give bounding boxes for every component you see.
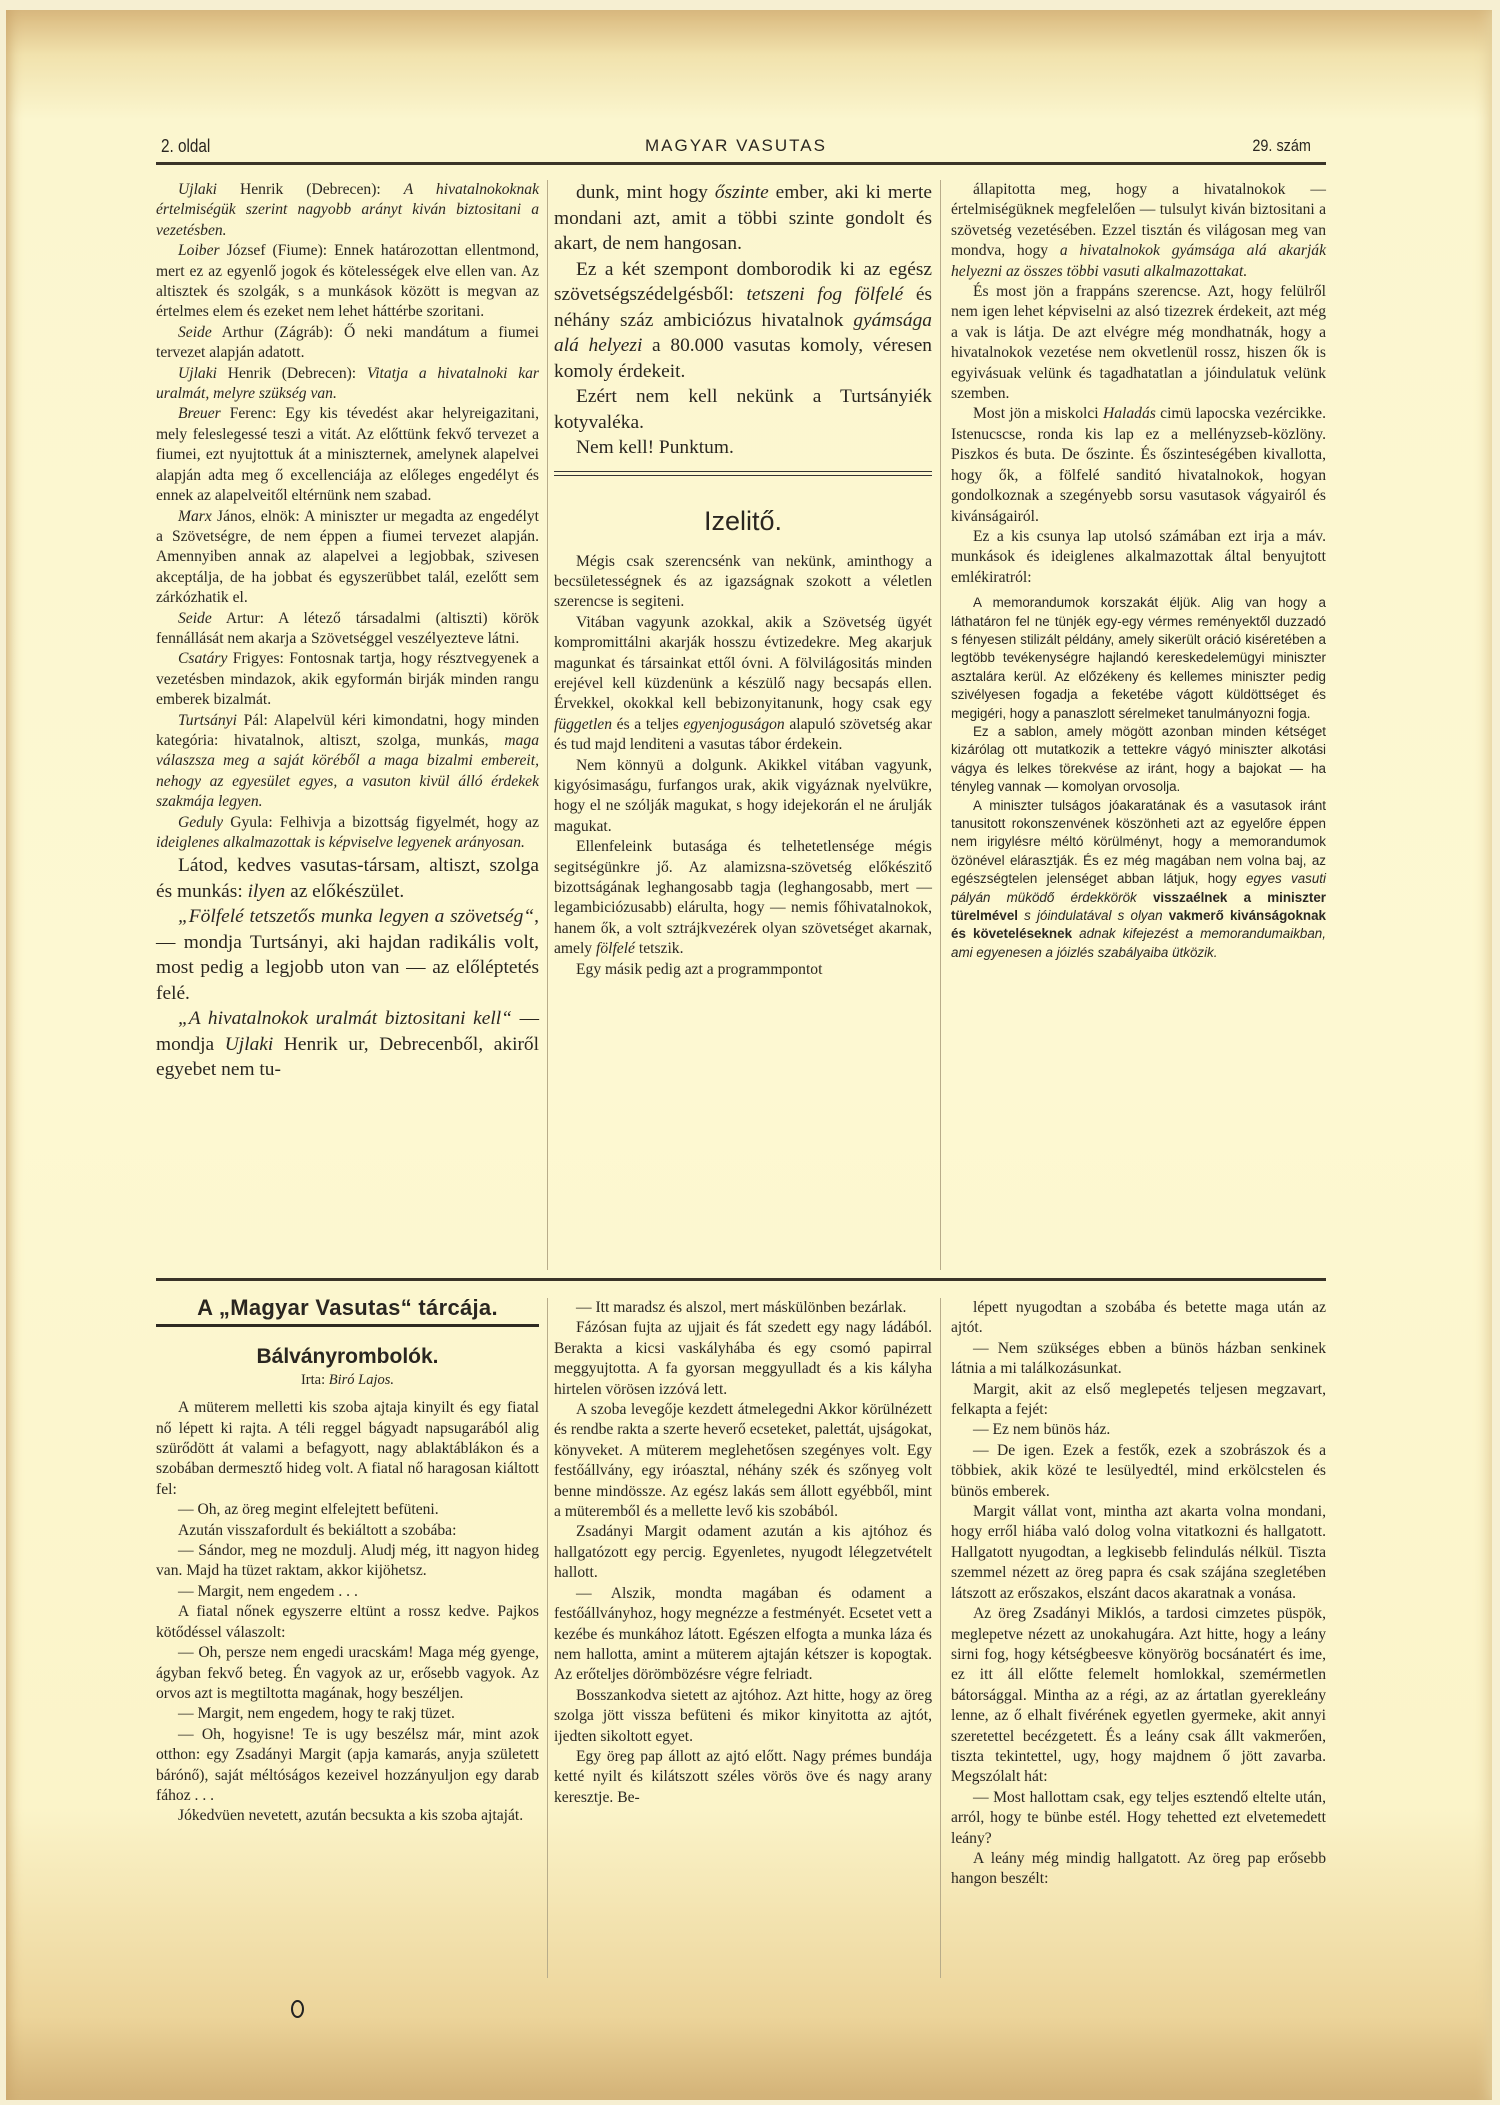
- story-paragraph: Fázósan fujta az ujjait és fát szedett e…: [554, 1318, 932, 1400]
- story-paragraph: — Itt maradsz és alszol, mert máskülönbe…: [554, 1298, 932, 1318]
- commentary-paragraph: Látod, kedves vasutas-társam, altiszt, s…: [156, 853, 539, 904]
- double-rule: [554, 471, 932, 476]
- story-paragraph: A müterem melletti kis szoba ajtaja kiny…: [156, 1398, 539, 1500]
- paragraph: Egy másik pedig azt a programmpontot: [554, 960, 932, 980]
- speaker-paragraph: Seide Artur: A létező társadalmi (altisz…: [156, 609, 539, 650]
- story-paragraph: A szoba levegője kezdett átmelegedni Akk…: [554, 1400, 932, 1522]
- speaker-name: Breuer: [178, 405, 221, 422]
- speaker-name: Ujlaki: [178, 181, 217, 198]
- story-paragraph: Margit, akit az első meglepetés teljesen…: [951, 1380, 1326, 1421]
- story-paragraph: — Oh, az öreg megint elfelejtett befüten…: [156, 1500, 539, 1520]
- speaker-name: Geduly: [178, 814, 223, 831]
- speaker-name: Marx: [178, 508, 212, 525]
- commentary-paragraph: „A hivatalnokok uralmát biztositani kell…: [156, 1006, 539, 1083]
- story-paragraph: — Ez nem bünös ház.: [951, 1420, 1326, 1440]
- speaker-name: Loiber: [178, 242, 220, 259]
- story-paragraph: — Margit, nem engedem . . .: [156, 1582, 539, 1602]
- story-paragraph: Bosszankodva sietett az ajtóhoz. Azt hit…: [554, 1686, 932, 1747]
- story-paragraph: A fiatal nőnek egyszerre eltünt a rossz …: [156, 1602, 539, 1643]
- speaker-paragraph: Marx János, elnök: A miniszter ur megadt…: [156, 507, 539, 609]
- speaker-name: Ujlaki: [178, 365, 217, 382]
- speaker-paragraph: Seide Arthur (Zágráb): Ő neki mandátum a…: [156, 323, 539, 364]
- speaker-paragraph: Ujlaki Henrik (Debrecen): A hivatalnokok…: [156, 180, 539, 241]
- story-paragraph: Jókedvüen nevetett, azután becsukta a ki…: [156, 1806, 539, 1826]
- paragraph: Ellenfeleink butasága és telhetetlensége…: [554, 837, 932, 959]
- speaker-name: Turtsányi: [178, 712, 237, 729]
- speaker-name: Seide: [178, 610, 212, 627]
- speaker-name: Seide: [178, 324, 212, 341]
- story-paragraph: Az öreg Zsadányi Miklós, a tardosi cimze…: [951, 1604, 1326, 1788]
- feuilleton-column-3: lépett nyugodtan a szobába és betette ma…: [951, 1298, 1326, 1890]
- commentary-paragraph: Nem kell! Punktum.: [554, 435, 932, 461]
- paragraph: állapitotta meg, hogy a hivatalnokok — é…: [951, 180, 1326, 282]
- feuilleton-rule: [156, 1324, 539, 1327]
- story-paragraph: — Most hallottam csak, egy teljes eszten…: [951, 1788, 1326, 1849]
- speaker-name: Csatáry: [178, 650, 227, 667]
- masthead: MAGYAR VASUTAS: [161, 136, 1311, 156]
- column-divider: [547, 1298, 548, 1978]
- paragraph: Vitában vagyunk azokkal, akik a Szövetsé…: [554, 613, 932, 756]
- speaker-paragraph: Geduly Gyula: Felhivja a bizottság figye…: [156, 813, 539, 854]
- feuilleton-column-1: A „Magyar Vasutas“ tárcája. Bálványrombo…: [156, 1298, 539, 1827]
- paragraph: Ez a kis csunya lap utolsó számában ezt …: [951, 527, 1326, 588]
- feuilleton-column-2: — Itt maradsz és alszol, mert máskülönbe…: [554, 1298, 932, 1808]
- story-paragraph: Zsadányi Margit odament azután a kis ajt…: [554, 1522, 932, 1583]
- commentary-paragraph: Ezért nem kell nekünk a Turtsányiék koty…: [554, 384, 932, 435]
- story-paragraph: Egy öreg pap állott az ajtó előtt. Nagy …: [554, 1747, 932, 1808]
- story-paragraph: — Oh, hogyisne! Te is ugy beszélsz már, …: [156, 1725, 539, 1807]
- story-paragraph: A leány még mindig hallgatott. Az öreg p…: [951, 1849, 1326, 1890]
- story-paragraph: Azután visszafordult és bekiáltott a szo…: [156, 1521, 539, 1541]
- quote-paragraph: A miniszter tulságos jóakaratának és a v…: [951, 797, 1326, 963]
- story-paragraph: — De igen. Ezek a festők, ezek a szobrás…: [951, 1441, 1326, 1502]
- story-paragraph: — Margit, nem engedem, hogy te rakj tüze…: [156, 1704, 539, 1724]
- story-paragraph: — Sándor, meg ne mozdulj. Aludj még, itt…: [156, 1541, 539, 1582]
- section-rule: [156, 1278, 1326, 1281]
- story-paragraph: — Alszik, mondta magában és odament a fe…: [554, 1584, 932, 1686]
- byline-author: Biró Lajos.: [329, 1372, 394, 1388]
- paragraph: És most jön a frappáns szerencse. Azt, h…: [951, 282, 1326, 404]
- byline: Irta: Biró Lajos.: [156, 1370, 539, 1390]
- story-paragraph: lépett nyugodtan a szobába és betette ma…: [951, 1298, 1326, 1339]
- column-divider: [547, 180, 548, 1270]
- column-divider: [940, 180, 941, 1270]
- quote-paragraph: A memorandumok korszakát éljük. Alig van…: [951, 594, 1326, 723]
- quoted-memorandum: A memorandumok korszakát éljük. Alig van…: [951, 594, 1326, 962]
- quote-paragraph: Ez a sablon, amely mögött azonban minden…: [951, 723, 1326, 797]
- speaker-paragraph: Ujlaki Henrik (Debrecen): Vitatja a hiva…: [156, 364, 539, 405]
- byline-label: Irta:: [301, 1372, 325, 1388]
- speaker-paragraph: Turtsányi Pál: Alapelvül kéri kimondatni…: [156, 711, 539, 813]
- header-rule: [156, 162, 1326, 165]
- page-ornament-icon: [291, 2000, 304, 2018]
- commentary-paragraph: Ez a két szempont domborodik ki az egész…: [554, 257, 932, 385]
- speaker-paragraph: Breuer Ferenc: Egy kis tévedést akar hel…: [156, 404, 539, 506]
- paragraph: Nem könnyü a dolgunk. Akikkel vitában va…: [554, 756, 932, 838]
- story-paragraph: — Nem szükséges ebben a bünös házban sen…: [951, 1339, 1326, 1380]
- column-divider: [940, 1298, 941, 1978]
- story-paragraph: — Oh, persze nem engedi uracskám! Maga m…: [156, 1643, 539, 1704]
- newspaper-page: 2. oldal MAGYAR VASUTAS 29. szám Ujlaki …: [6, 10, 1492, 2100]
- commentary-paragraph: „Fölfelé tetszetős munka legyen a szövet…: [156, 904, 539, 1006]
- paragraph: Mégis csak szerencsénk van nekünk, amint…: [554, 552, 932, 613]
- commentary-paragraph: dunk, mint hogy őszinte ember, aki ki me…: [554, 180, 932, 257]
- story-title: Bálványrombolók.: [156, 1347, 539, 1367]
- story-paragraph: Margit vállat vont, mintha azt akarta vo…: [951, 1502, 1326, 1604]
- issue-number: 29. szám: [1252, 136, 1311, 156]
- speaker-paragraph: Csatáry Frigyes: Fontosnak tartja, hogy …: [156, 649, 539, 710]
- paragraph: Most jön a miskolci Haladás cimü lapocsk…: [951, 404, 1326, 526]
- section-title: Izelitő.: [554, 504, 932, 538]
- article-column-1: Ujlaki Henrik (Debrecen): A hivatalnokok…: [156, 180, 539, 1083]
- article-column-3: állapitotta meg, hogy a hivatalnokok — é…: [951, 180, 1326, 962]
- speaker-paragraph: Loiber József (Fiume): Ennek határozotta…: [156, 241, 539, 323]
- article-column-2: dunk, mint hogy őszinte ember, aki ki me…: [554, 180, 932, 980]
- feuilleton-heading: A „Magyar Vasutas“ tárcája.: [156, 1298, 539, 1318]
